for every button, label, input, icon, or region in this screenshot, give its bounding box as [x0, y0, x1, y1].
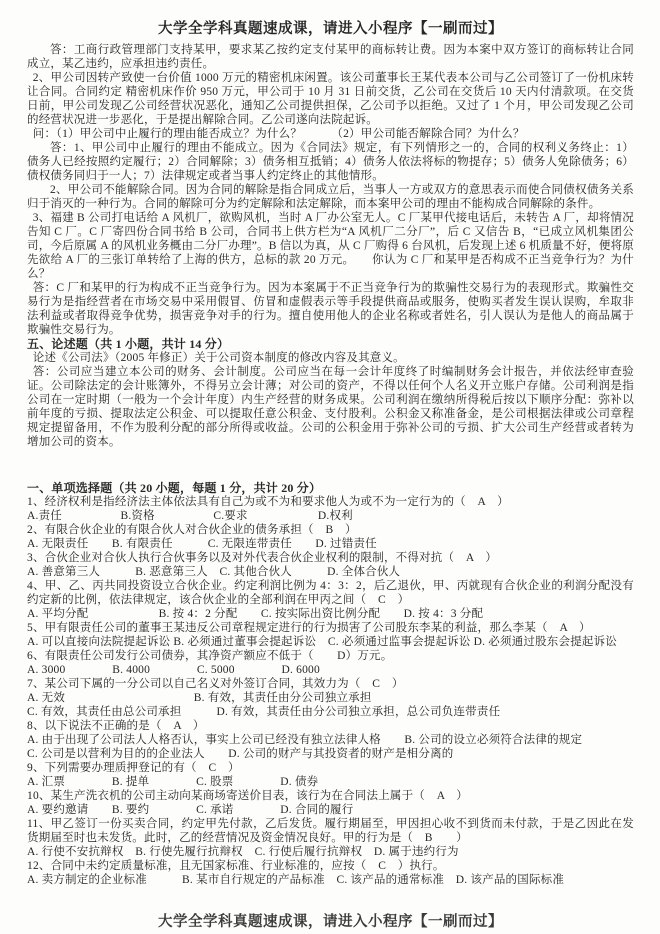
document-page: 大学全学科真题速成课，请进入小程序【一刷而过】答：工商行政管理部门支持某甲，要求… [0, 0, 660, 934]
mcq-11-options: A. 行使不安抗辩权 B. 行使先履行抗辩权 C. 行使后履行抗辩权 D. 属于… [27, 845, 634, 859]
mcq-1-stem: 1、经济权利是指经济法主体依法具有自己为或不为和要求他人为或不为一定行为的（ A… [27, 495, 634, 509]
sub-questions: 问：（1）甲公司中止履行的理由能否成立？为什么？ （2）甲公司能否解除合同？为什… [27, 127, 634, 141]
mcq-12-stem: 12、合同中未约定质量标准，且无国家标准、行业标准的，应按（ C ）执行。 [27, 859, 634, 873]
mcq-1-options: A.责任 B.资格 C.要求 D.权利 [27, 509, 634, 523]
mcq-9-stem: 9、下列需要办理质押登记的有（ C ） [27, 761, 634, 775]
mcq-8-stem: 8、以下说法不正确的是（ A ） [27, 719, 634, 733]
answer-part-1: 答：1、甲公司中止履行的理由不能成立。因为《合同法》规定，有下列情形之一的，合同… [27, 141, 634, 183]
mcq-5-stem: 5、甲有限责任公司的董事王某违反公司章程规定进行的行为损害了公司股东李某的利益，… [27, 621, 634, 635]
document-body: 大学全学科真题速成课，请进入小程序【一刷而过】答：工商行政管理部门支持某甲，要求… [27, 20, 634, 931]
mcq-7-options-ab: A. 无效 B. 有效，其责任由分公司独立承担 [27, 691, 634, 705]
mcq-8-options-ab: A. 由于出现了公司法人人格否认，事实上公司已经没有独立法律人格 B. 公司的设… [27, 733, 634, 747]
case-question-2: 2、甲公司因转产致使一台价值 1000 万元的精密机床闲置。该公司董事长王某代表… [27, 71, 634, 127]
mcq-6-stem: 6、有限责任公司发行公司债券，其净资产额应不低于（ D）万元。 [27, 649, 634, 663]
banner-top: 大学全学科真题速成课，请进入小程序【一刷而过】 [27, 20, 634, 38]
essay-answer: 答：公司应当建立本公司的财务、会计制度。公司应当在每一会计年度终了时编制财务会计… [27, 365, 634, 449]
section-mcq-header: 一、单项选择题（共 20 小题，每题 1 分，共计 20 分） [27, 481, 634, 495]
mcq-4-options: A. 平均分配 B. 按 4：2 分配 C. 按实际出资比例分配 D. 按 4：… [27, 607, 634, 621]
mcq-7-options-cd: C. 有效，其责任由总公司承担 D. 有效，其责任由分公司独立承担，总公司负连带… [27, 705, 634, 719]
banner-bottom: 大学全学科真题速成课，请进入小程序【一刷而过】 [27, 913, 634, 931]
mcq-2-stem: 2、有限合伙企业的有限合伙人对合伙企业的债务承担（ B ） [27, 523, 634, 537]
case-question-3: 3、福建 B 公司打电话给 A 风机厂，欲购风机，当时 A 厂办公室无人。C 厂… [27, 211, 634, 281]
mcq-10-options: A. 要约邀请 B. 要约 C. 承诺 D. 合同的履行 [27, 803, 634, 817]
answer-paragraph: 答：工商行政管理部门支持某甲，要求某乙按约定支付某甲的商标转让费。因为本案中双方… [27, 43, 634, 71]
mcq-12-options: A. 卖方制定的企业标准 B. 某市自行规定的产品标准 C. 该产品的通常标准 … [27, 873, 634, 887]
mcq-9-options: A. 汇票 B. 提单 C. 股票 D. 债券 [27, 775, 634, 789]
mcq-6-options: A. 3000 B. 4000 C. 5000 D. 6000 [27, 663, 634, 677]
mcq-3-stem: 3、合伙企业对合伙人执行合伙事务以及对外代表合伙企业权利的限制，不得对抗（ A … [27, 551, 634, 565]
answer-part-2: 2、甲公司不能解除合同。因为合同的解除是指合同成立后，当事人一方或双方的意思表示… [27, 183, 634, 211]
mcq-11-stem: 11、甲乙签订一份买卖合同，约定甲先付款，乙后发货。履行期届至，甲因担心收不到货… [27, 817, 634, 845]
mcq-4-stem: 4、甲、乙、丙共同投资设立合伙企业。约定利润比例为 4：3：2，后乙退伙，甲、丙… [27, 579, 634, 607]
mcq-8-options-cd: C. 公司是以营利为目的的企业法人 D. 公司的财产与其投资者的财产是相分离的 [27, 747, 634, 761]
answer-question-3: 答：C 厂和某甲的行为构成不正当竞争行为。因为本案属于不正当竞争行为的欺骗性交易… [27, 281, 634, 337]
mcq-10-stem: 10、某生产洗衣机的公司主动向某商场寄送价目表，该行为在合同法上属于（ A ） [27, 789, 634, 803]
essay-question: 论述《公司法》（2005 年修正）关于公司资本制度的修改内容及其意义。 [27, 351, 634, 365]
mcq-7-stem: 7、某公司下属的一分公司以自己名义对外签订合同，其效力为（ C ） [27, 677, 634, 691]
mcq-2-options: A. 无限责任 B. 有限责任 C. 无限连带责任 D. 过错责任 [27, 537, 634, 551]
section-essay-header: 五、论述题（共 1 小题，共计 14 分） [27, 337, 634, 351]
mcq-3-options: A. 善意第三人 B. 恶意第三人 C. 其他合伙人 D. 全体合伙人 [27, 565, 634, 579]
mcq-5-options: A. 可以直接向法院提起诉讼 B. 必须通过董事会提起诉讼 C. 必须通过监事会… [27, 635, 634, 649]
